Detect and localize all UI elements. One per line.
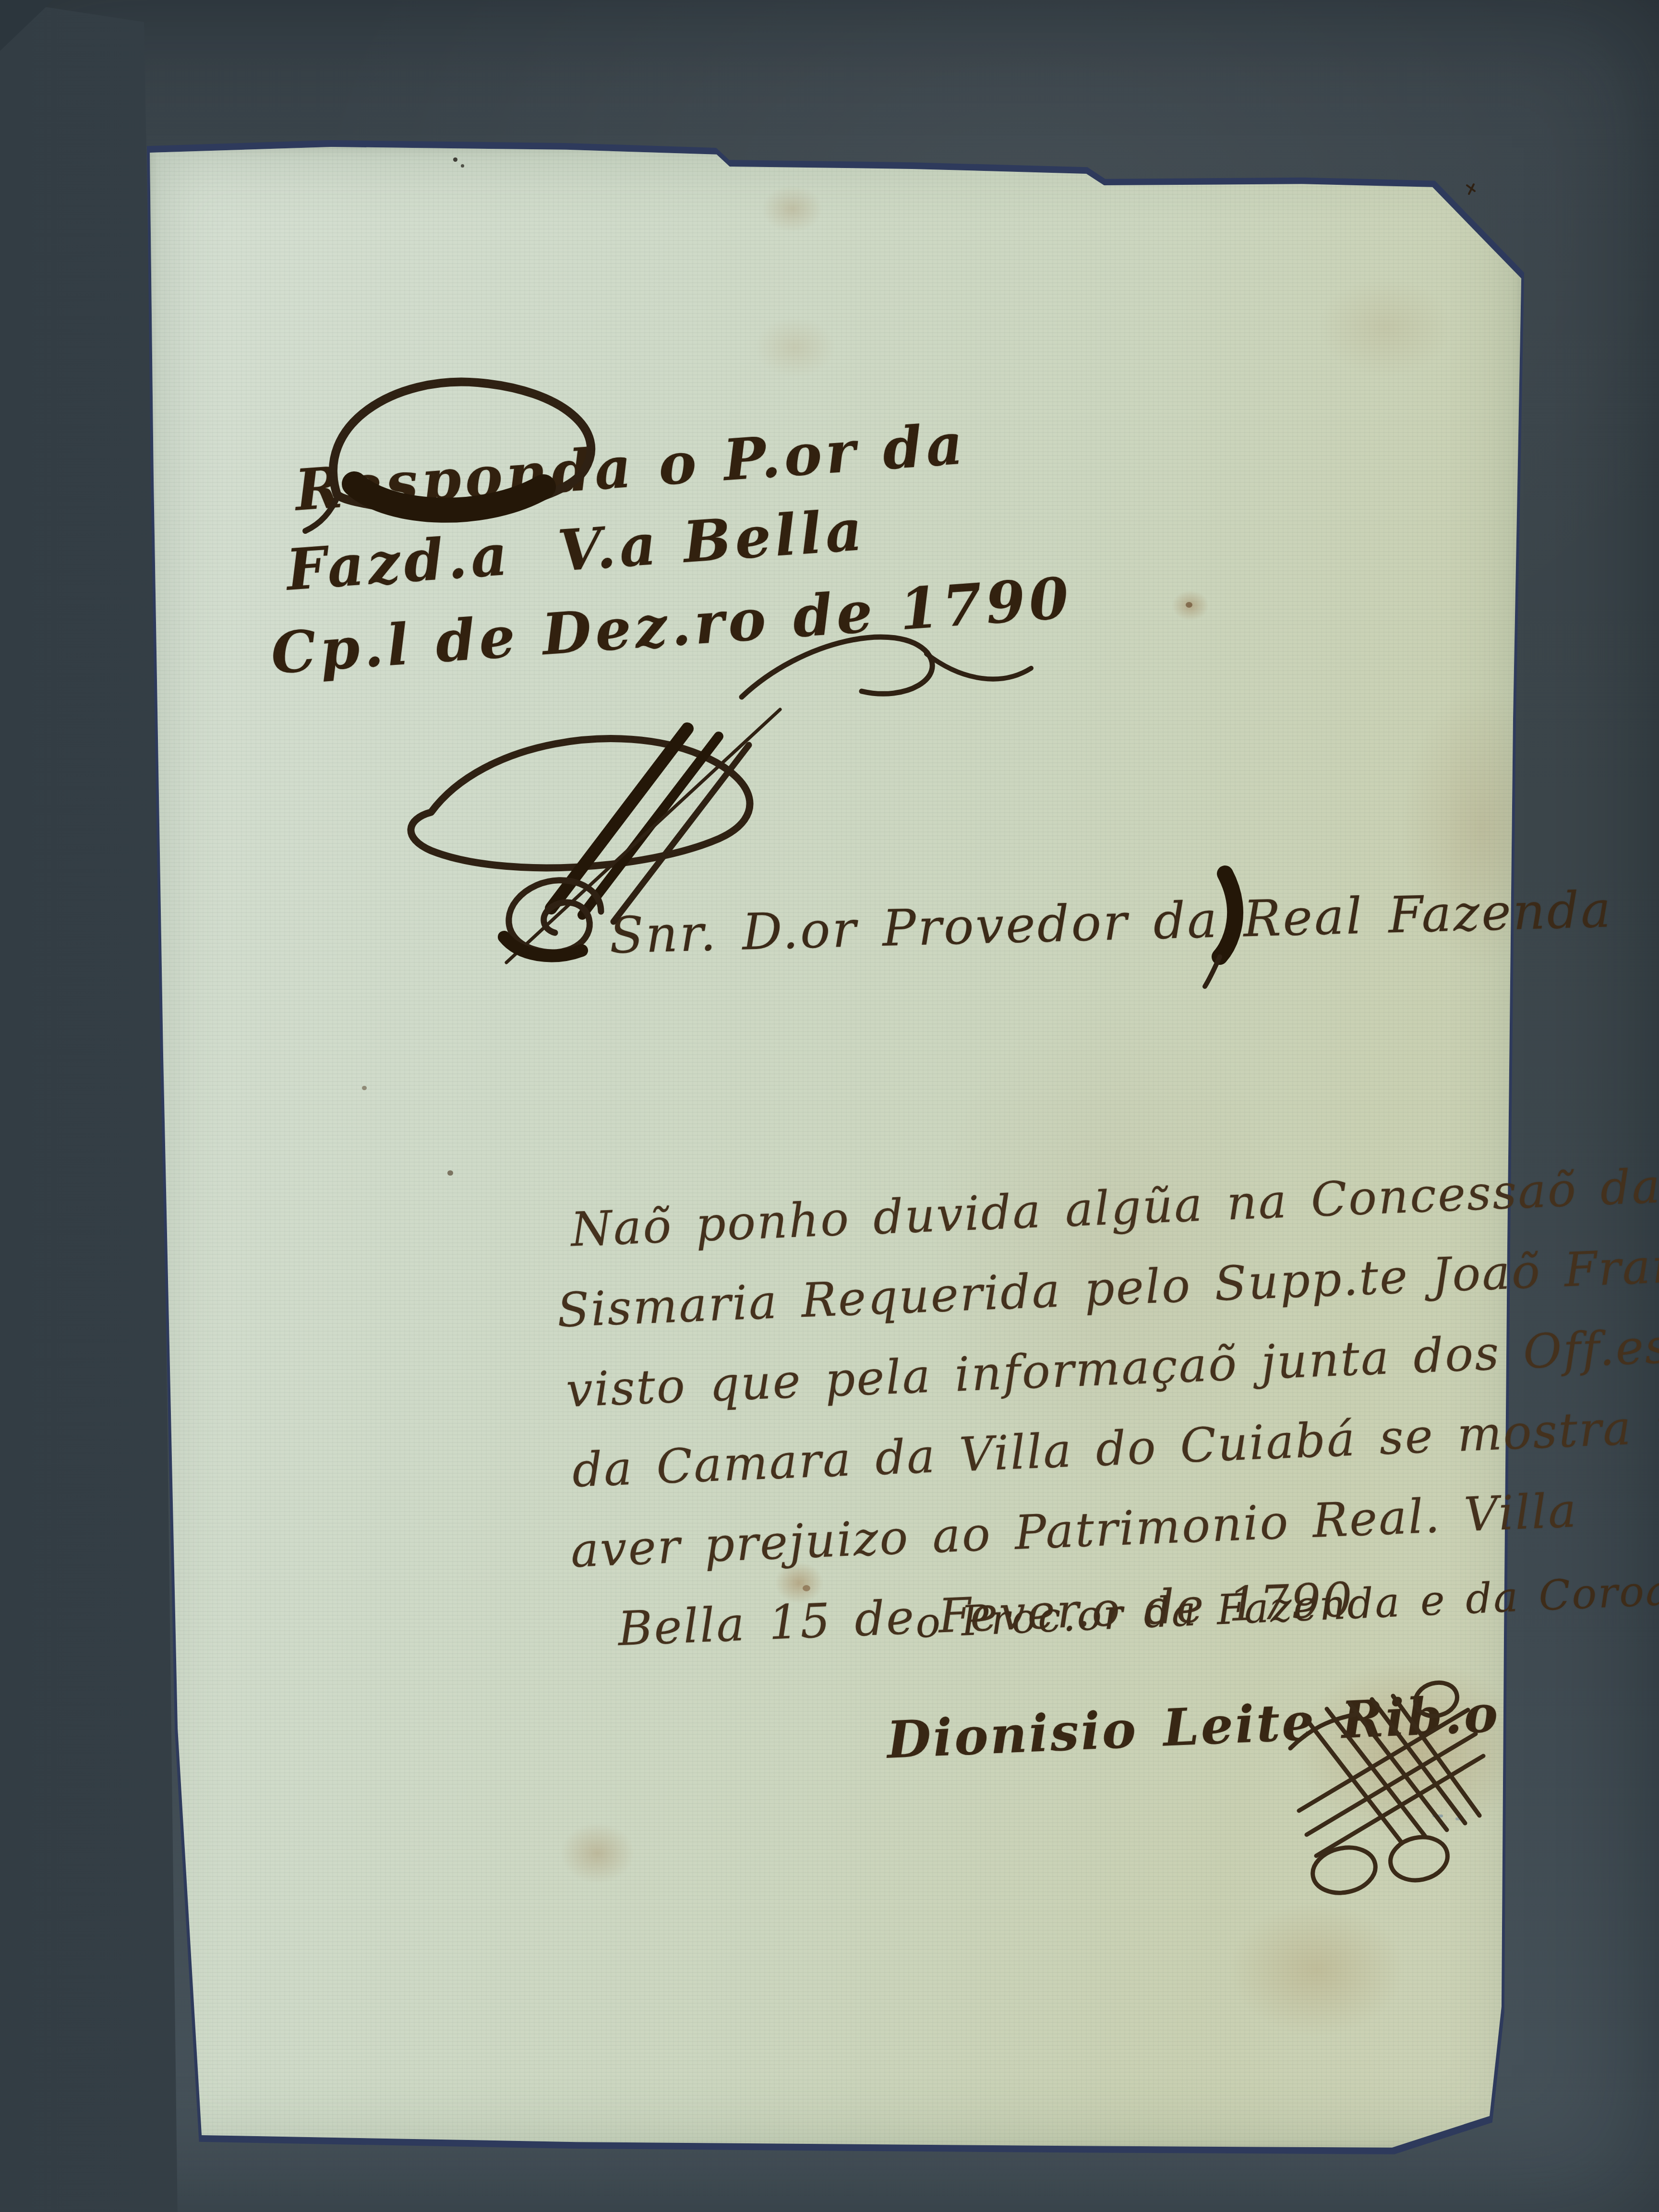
ink-fleck	[362, 1086, 367, 1090]
photo-background: Responda o P.or da Fazd.a V.a Bella Cp.l…	[0, 0, 1659, 2212]
ink-fleck	[447, 1170, 453, 1176]
pencil-mark	[1432, 1815, 1443, 1817]
archival-mark-icon	[1467, 184, 1475, 194]
ink-fleck	[453, 157, 457, 162]
pencil-mark	[1455, 1817, 1462, 1820]
stain-spot	[1186, 602, 1192, 608]
ink-fleck	[461, 164, 464, 168]
